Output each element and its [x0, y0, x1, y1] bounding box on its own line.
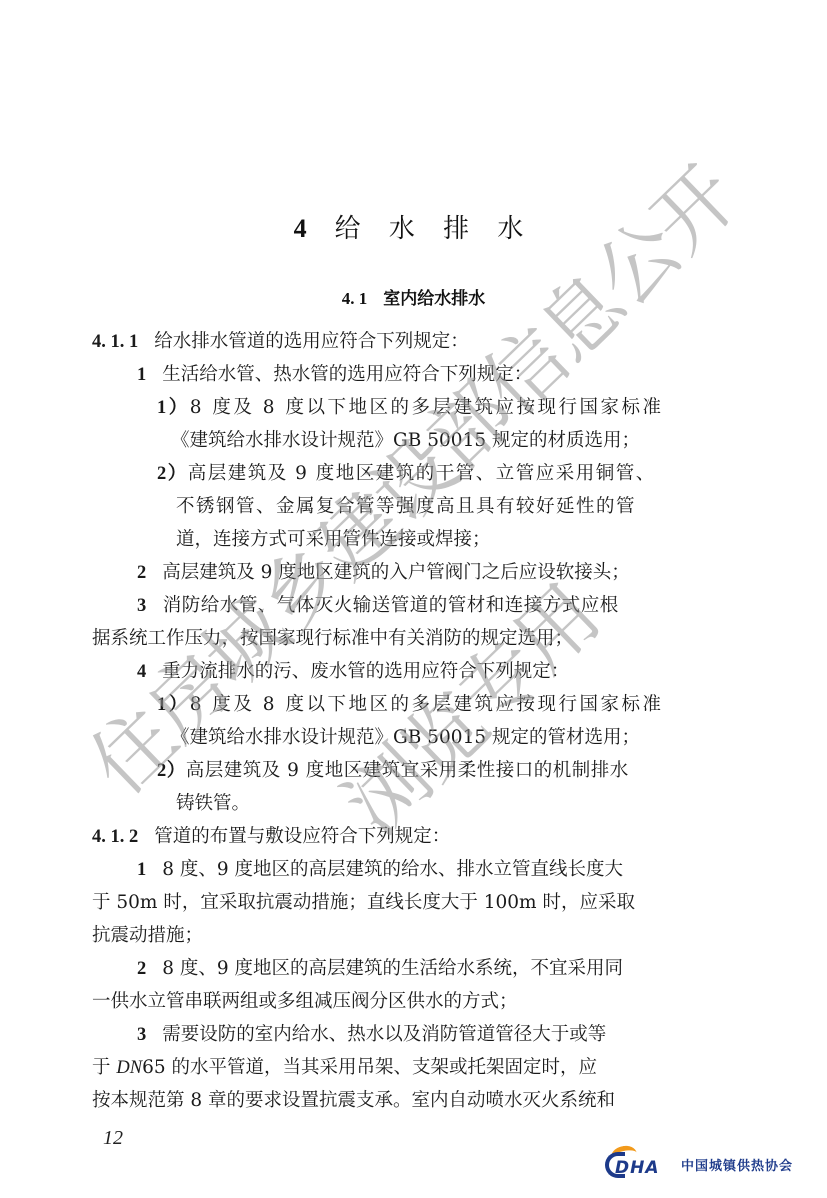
item-number: 4 — [137, 662, 146, 682]
logo-org-name: 中国城镇供热协会 — [681, 1155, 793, 1174]
item-number: 3 — [137, 1025, 146, 1045]
logo-mark-text: DHA — [615, 1158, 660, 1178]
item-text: 重力流排水的污、废水管的选用应符合下列规定： — [162, 661, 569, 682]
continuation-line: 《建筑给水排水设计规范》GB 50015 规定的材质选用； — [171, 432, 640, 451]
sub-item-text: 高层建筑及 9 度地区建筑的干管、立管应采用铜管、 — [188, 463, 656, 484]
chapter-number: 4 — [294, 214, 317, 243]
page-number: 12 — [103, 1127, 123, 1150]
line-text: 于 50m 时，宜采取抗震动措施；直线长度大于 100m 时，应采取 — [92, 892, 635, 913]
dha-logo-icon: DHA — [605, 1148, 677, 1180]
document-page: 4给 水 排 水 4. 1室内给水排水 4. 1. 1给水排水管道的选用应符合下… — [0, 0, 827, 1198]
continuation-line: 按本规范第 8 章的要求设置抗震支承。室内自动喷水灭火系统和 — [92, 1092, 615, 1111]
line-text: 65 的水平管道，当其采用吊架、支架或托架固定时，应 — [142, 1057, 597, 1078]
item-text: 消防给水管、气体灭火输送管道的管材和连接方式应根 — [163, 595, 619, 616]
sub-item-number: 1） — [157, 695, 190, 715]
item-number: 3 — [137, 596, 147, 616]
section-title: 4. 1室内给水排水 — [0, 284, 827, 309]
item-line: 28 度、9 度地区的高层建筑的生活给水系统，不宜采用同 — [137, 960, 623, 979]
sub-item-number: 2） — [157, 464, 188, 484]
clause-text: 给水排水管道的选用应符合下列规定： — [154, 331, 469, 352]
item-number: 1 — [137, 365, 146, 385]
item-text: 生活给水管、热水管的选用应符合下列规定： — [162, 364, 532, 385]
continuation-line: 于 DN65 的水平管道，当其采用吊架、支架或托架固定时，应 — [92, 1059, 597, 1078]
line-text: 道，连接方式可采用管件连接或焊接； — [176, 529, 491, 550]
continuation-line: 抗震动措施； — [92, 927, 203, 946]
sub-item-number: 2） — [157, 761, 186, 781]
item-line: 2高层建筑及 9 度地区建筑的入户管阀门之后应设软接头； — [137, 564, 630, 583]
line-text: 《建筑给水排水设计规范》GB 50015 规定的管材选用； — [171, 727, 640, 748]
clause-number: 4. 1. 1 — [92, 332, 138, 352]
line-text: 按本规范第 8 章的要求设置抗震支承。室内自动喷水灭火系统和 — [92, 1090, 615, 1111]
line-text: 一供水立管串联两组或多组减压阀分区供水的方式； — [92, 991, 518, 1012]
continuation-line: 铸铁管。 — [176, 795, 250, 814]
continuation-line: 不锈钢管、金属复合管等强度高且具有较好延性的管 — [176, 498, 636, 517]
line-text: 《建筑给水排水设计规范》GB 50015 规定的材质选用； — [171, 430, 640, 451]
sub-item-line: 1）8 度及 8 度以下地区的多层建筑应按现行国家标准 — [157, 399, 663, 418]
continuation-line: 《建筑给水排水设计规范》GB 50015 规定的管材选用； — [171, 729, 640, 748]
clause-line: 4. 1. 2管道的布置与敷设应符合下列规定： — [92, 828, 450, 847]
sub-item-line: 1）8 度及 8 度以下地区的多层建筑应按现行国家标准 — [157, 696, 663, 715]
section-number: 4. 1 — [342, 289, 368, 308]
item-number: 2 — [137, 959, 146, 979]
sub-item-text: 8 度及 8 度以下地区的多层建筑应按现行国家标准 — [190, 397, 664, 418]
item-text: 需要设防的室内给水、热水以及消防管道管径大于或等 — [162, 1024, 606, 1045]
clause-text: 管道的布置与敷设应符合下列规定： — [154, 826, 450, 847]
sub-item-text: 8 度及 8 度以下地区的多层建筑应按现行国家标准 — [190, 694, 664, 715]
item-text: 8 度、9 度地区的高层建筑的给水、排水立管直线长度大 — [162, 859, 623, 880]
sub-item-text: 高层建筑及 9 度地区建筑宜采用柔性接口的机制排水 — [186, 760, 629, 781]
item-line: 18 度、9 度地区的高层建筑的给水、排水立管直线长度大 — [137, 861, 623, 880]
continuation-line: 一供水立管串联两组或多组减压阀分区供水的方式； — [92, 993, 518, 1012]
section-title-text: 室内给水排水 — [383, 289, 485, 309]
continuation-line: 据系统工作压力，按国家现行标准中有关消防的规定选用； — [92, 630, 573, 649]
item-number: 1 — [137, 860, 146, 880]
sub-item-line: 2）高层建筑及 9 度地区建筑的干管、立管应采用铜管、 — [157, 465, 656, 484]
item-line: 1生活给水管、热水管的选用应符合下列规定： — [137, 366, 532, 385]
continuation-line: 于 50m 时，宜采取抗震动措施；直线长度大于 100m 时，应采取 — [92, 894, 635, 913]
chapter-title-text: 给 水 排 水 — [335, 214, 534, 244]
sub-item-number: 1） — [157, 398, 190, 418]
line-text: 不锈钢管、金属复合管等强度高且具有较好延性的管 — [176, 496, 636, 517]
italic-symbol: DN — [116, 1058, 142, 1078]
clause-line: 4. 1. 1给水排水管道的选用应符合下列规定： — [92, 333, 469, 352]
continuation-line: 道，连接方式可采用管件连接或焊接； — [176, 531, 491, 550]
line-text: 于 — [92, 1057, 116, 1078]
line-text: 铸铁管。 — [176, 793, 250, 814]
line-text: 据系统工作压力，按国家现行标准中有关消防的规定选用； — [92, 628, 573, 649]
item-line: 4重力流排水的污、废水管的选用应符合下列规定： — [137, 663, 569, 682]
item-line: 3消防给水管、气体灭火输送管道的管材和连接方式应根 — [137, 597, 619, 616]
item-line: 3需要设防的室内给水、热水以及消防管道管径大于或等 — [137, 1026, 606, 1045]
line-text: 抗震动措施； — [92, 925, 203, 946]
item-number: 2 — [137, 563, 146, 583]
item-text: 高层建筑及 9 度地区建筑的入户管阀门之后应设软接头； — [162, 562, 630, 583]
chapter-title: 4给 水 排 水 — [0, 208, 827, 245]
item-text: 8 度、9 度地区的高层建筑的生活给水系统，不宜采用同 — [162, 958, 623, 979]
clause-number: 4. 1. 2 — [92, 827, 138, 847]
dha-logo: DHA 中国城镇供热协会 — [605, 1148, 793, 1180]
sub-item-line: 2）高层建筑及 9 度地区建筑宜采用柔性接口的机制排水 — [157, 762, 629, 781]
